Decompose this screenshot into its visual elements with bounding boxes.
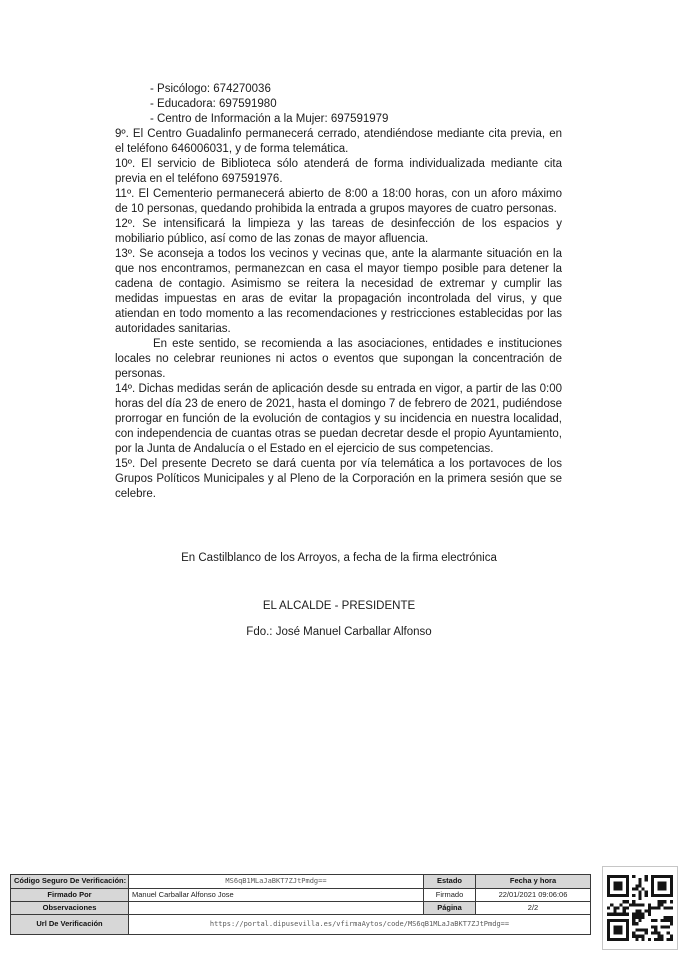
qr-code-graphic — [607, 875, 673, 941]
decree-paragraph-13: 13º. Se aconseja a todos los vecinos y v… — [115, 247, 562, 337]
pagina-label: Página — [424, 902, 476, 915]
verification-qr-code — [602, 866, 678, 950]
observaciones-label: Observaciones — [11, 902, 129, 915]
signature-name: Fdo.: José Manuel Carballar Alfonso — [0, 625, 678, 640]
url-label: Url De Verificación — [11, 915, 129, 935]
contact-line: - Centro de Información a la Mujer: 6975… — [115, 112, 562, 127]
decree-paragraph-recommendation: En este sentido, se recomienda a las aso… — [115, 337, 562, 382]
contact-line: - Educadora: 697591980 — [115, 97, 562, 112]
url-value: https://portal.dipusevilla.es/vfirmaAyto… — [129, 915, 591, 935]
decree-paragraph-11: 11º. El Cementerio permanecerá abierto d… — [115, 187, 562, 217]
decree-paragraph-9: 9º. El Centro Guadalinfo permanecerá cer… — [115, 127, 562, 157]
firmado-label: Firmado Por — [11, 889, 129, 902]
signature-role: EL ALCALDE - PRESIDENTE — [0, 599, 678, 614]
estado-value: Firmado — [424, 889, 476, 902]
verification-footer-table: Código Seguro De Verificación: MS6qB1MLa… — [10, 874, 591, 935]
estado-header: Estado — [424, 875, 476, 889]
firmado-value: Manuel Carballar Alfonso Jose — [129, 889, 424, 902]
decree-body: - Psicólogo: 674270036 - Educadora: 6975… — [115, 82, 562, 502]
observaciones-value — [129, 902, 424, 915]
decree-paragraph-14: 14º. Dichas medidas serán de aplicación … — [115, 382, 562, 457]
place-date-line: En Castilblanco de los Arroyos, a fecha … — [0, 551, 678, 566]
decree-paragraph-10: 10º. El servicio de Biblioteca sólo aten… — [115, 157, 562, 187]
contact-line: - Psicólogo: 674270036 — [115, 82, 562, 97]
document-page: - Psicólogo: 674270036 - Educadora: 6975… — [0, 0, 678, 960]
csv-value: MS6qB1MLaJaBKT7ZJtPmdg== — [129, 875, 424, 889]
pagina-value: 2/2 — [476, 902, 591, 915]
fecha-header: Fecha y hora — [476, 875, 591, 889]
decree-paragraph-15: 15º. Del presente Decreto se dará cuenta… — [115, 457, 562, 502]
fecha-value: 22/01/2021 09:06:06 — [476, 889, 591, 902]
csv-label: Código Seguro De Verificación: — [11, 875, 129, 889]
decree-paragraph-12: 12º. Se intensificará la limpieza y las … — [115, 217, 562, 247]
